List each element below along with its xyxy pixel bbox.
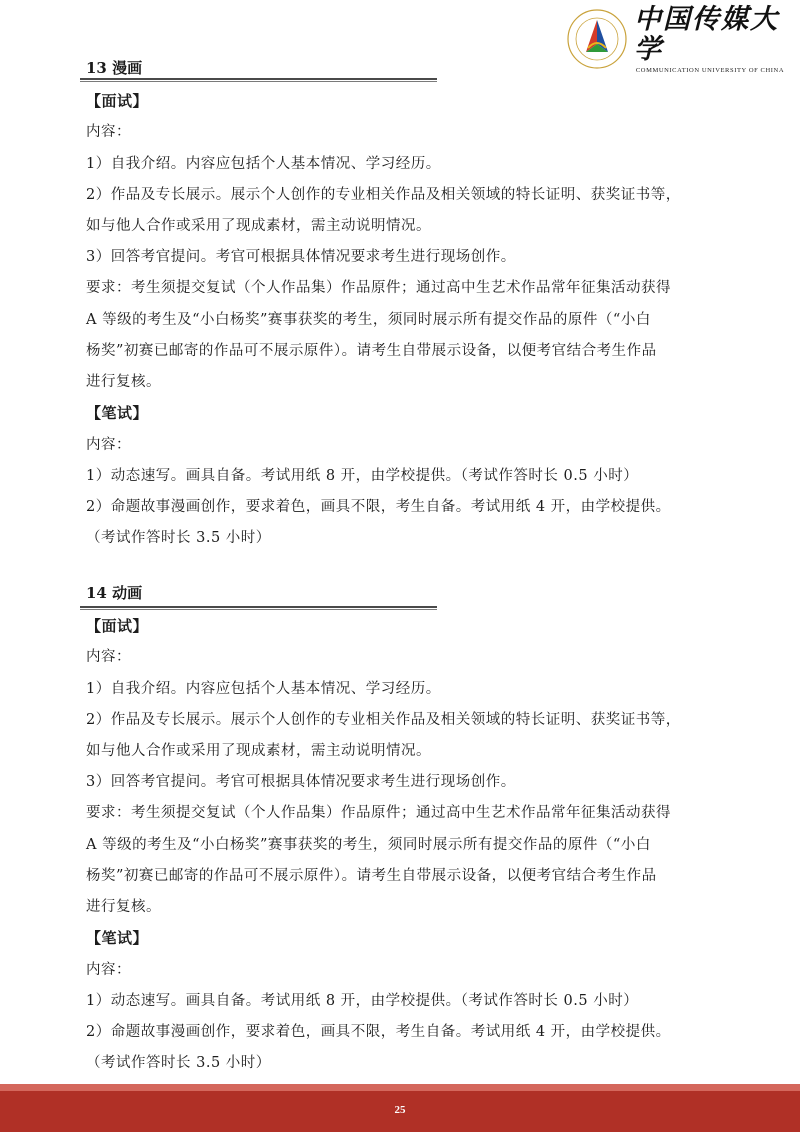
interview-heading: 【面试】: [86, 617, 148, 635]
body-line: 要求：考生须提交复试（个人作品集）作品原件；通过高中生艺术作品常年征集活动获得: [86, 804, 671, 822]
written-heading: 【笔试】: [86, 404, 148, 422]
content-label: 内容：: [86, 648, 131, 666]
logo-english-name: COMMUNICATION UNIVERSITY OF CHINA: [636, 67, 784, 74]
body-line: A 等级的考生及“小白杨奖”赛事获奖的考生，须同时展示所有提交作品的原件（“小白: [86, 836, 651, 854]
body-line: 杨奖”初赛已邮寄的作品可不展示原件）。请考生自带展示设备，以便考官结合考生作品: [86, 342, 657, 360]
page-footer: 25: [0, 1084, 800, 1132]
body-line: 3）回答考官提问。考官可根据具体情况要求考生进行现场创作。: [86, 773, 516, 791]
content-label: 内容：: [86, 961, 131, 979]
body-line: （考试作答时长 3.5 小时）: [86, 529, 271, 547]
page-number: 25: [0, 1104, 800, 1116]
body-line: 杨奖”初赛已邮寄的作品可不展示原件）。请考生自带展示设备，以便考官结合考生作品: [86, 867, 657, 885]
body-line: 2）命题故事漫画创作，要求着色，画具不限，考生自备。考试用纸 4 开，由学校提供…: [86, 1023, 671, 1041]
interview-heading: 【面试】: [86, 92, 148, 110]
body-line: 1）动态速写。画具自备。考试用纸 8 开，由学校提供。（考试作答时长 0.5 小…: [86, 992, 638, 1010]
section-divider: [80, 606, 437, 610]
section-title-13: 13 漫画: [86, 59, 142, 77]
content-label: 内容：: [86, 123, 131, 141]
content-label: 内容：: [86, 436, 131, 454]
body-line: 3）回答考官提问。考官可根据具体情况要求考生进行现场创作。: [86, 248, 516, 266]
body-line: 1）动态速写。画具自备。考试用纸 8 开，由学校提供。（考试作答时长 0.5 小…: [86, 467, 638, 485]
body-line: 要求：考生须提交复试（个人作品集）作品原件；通过高中生艺术作品常年征集活动获得: [86, 279, 671, 297]
body-line: 进行复核。: [86, 373, 161, 391]
body-line: 2）作品及专长展示。展示个人创作的专业相关作品及相关领域的特长证明、获奖证书等，: [86, 186, 681, 204]
body-line: 1）自我介绍。内容应包括个人基本情况、学习经历。: [86, 680, 441, 698]
body-line: 2）作品及专长展示。展示个人创作的专业相关作品及相关领域的特长证明、获奖证书等，: [86, 711, 681, 729]
section-title-14: 14 动画: [86, 584, 142, 602]
written-heading: 【笔试】: [86, 929, 148, 947]
body-line: （考试作答时长 3.5 小时）: [86, 1054, 271, 1072]
body-line: 进行复核。: [86, 898, 161, 916]
body-line: 1）自我介绍。内容应包括个人基本情况、学习经历。: [86, 155, 441, 173]
university-emblem-icon: [566, 8, 628, 70]
section-divider: [80, 78, 437, 82]
body-line: 如与他人合作或采用了现成素材，需主动说明情况。: [86, 217, 431, 235]
footer-stripe: [0, 1084, 800, 1091]
university-logo: 中国传媒大学 COMMUNICATION UNIVERSITY OF CHINA: [566, 8, 786, 70]
body-line: A 等级的考生及“小白杨奖”赛事获奖的考生，须同时展示所有提交作品的原件（“小白: [86, 311, 651, 329]
logo-chinese-name: 中国传媒大学: [634, 5, 786, 65]
body-line: 如与他人合作或采用了现成素材，需主动说明情况。: [86, 742, 431, 760]
body-line: 2）命题故事漫画创作，要求着色，画具不限，考生自备。考试用纸 4 开，由学校提供…: [86, 498, 671, 516]
